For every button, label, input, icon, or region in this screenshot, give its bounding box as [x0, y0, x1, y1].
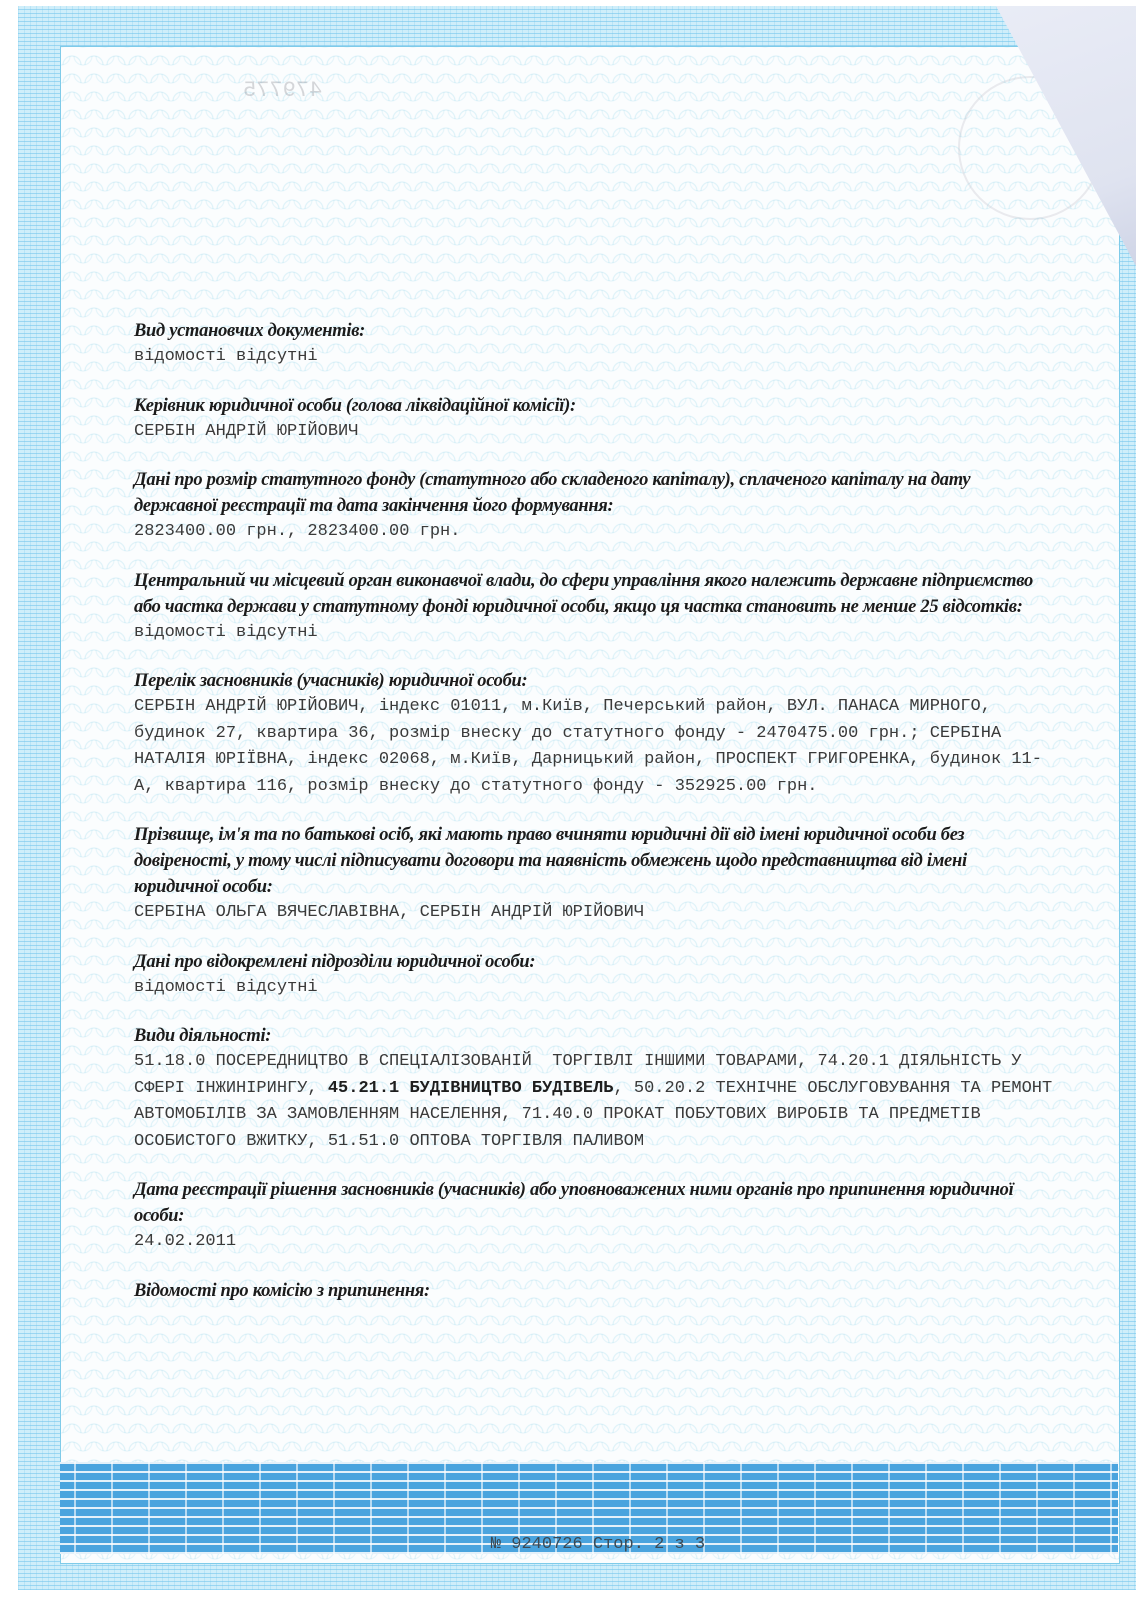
section-label: Дані про відокремлені підрозділи юридичн… — [134, 949, 1054, 975]
section-value: відомості відсутні — [134, 975, 1054, 1002]
section-label: Перелік засновників (учасників) юридично… — [134, 668, 1054, 694]
section-government-authority: Центральний чи місцевий орган виконавчої… — [134, 568, 1054, 647]
section-label: Керівник юридичної особи (голова ліквіда… — [134, 393, 1054, 419]
page-footer: № 9240726 Стор. 2 з 3 — [0, 1535, 1136, 1554]
section-head: Керівник юридичної особи (голова ліквіда… — [134, 393, 1054, 446]
section-value: 24.02.2011 — [134, 1229, 1054, 1256]
section-label: Прізвище, ім'я та по батькові осіб, які … — [134, 822, 1054, 900]
section-label: Центральний чи місцевий орган виконавчої… — [134, 568, 1054, 620]
section-capital: Дані про розмір статутного фонду (статут… — [134, 467, 1054, 546]
section-value: 2823400.00 грн., 2823400.00 грн. — [134, 519, 1054, 546]
section-value: СЕРБІН АНДРІЙ ЮРІЙОВИЧ, індекс 01011, м.… — [134, 694, 1054, 800]
bleed-through-number: 479775 — [243, 78, 322, 103]
section-founding-docs: Вид установчих документів: відомості від… — [134, 318, 1054, 371]
section-value: відомості відсутні — [134, 620, 1054, 647]
section-label: Дані про розмір статутного фонду (статут… — [134, 467, 1054, 519]
section-value: 51.18.0 ПОСЕРЕДНИЦТВО В СПЕЦІАЛІЗОВАНІЙ … — [134, 1049, 1054, 1155]
section-value: СЕРБІН АНДРІЙ ЮРІЙОВИЧ — [134, 419, 1054, 446]
activities-highlight: 45.21.1 БУДІВНИЦТВО БУДІВЕЛЬ — [328, 1079, 614, 1098]
section-label: Відомості про комісію з припинення: — [134, 1278, 1054, 1304]
section-termination-commission: Відомості про комісію з припинення: — [134, 1278, 1054, 1304]
document-content: Вид установчих документів: відомості від… — [134, 318, 1054, 1326]
section-branches: Дані про відокремлені підрозділи юридичн… — [134, 949, 1054, 1002]
section-label: Види діяльності: — [134, 1023, 1054, 1049]
section-value: СЕРБІНА ОЛЬГА ВЯЧЕСЛАВІВНА, СЕРБІН АНДРІ… — [134, 900, 1054, 927]
section-termination-date: Дата реєстрації рішення засновників (уча… — [134, 1177, 1054, 1256]
section-authorized-persons: Прізвище, ім'я та по батькові осіб, які … — [134, 822, 1054, 927]
section-label: Дата реєстрації рішення засновників (уча… — [134, 1177, 1054, 1229]
section-founders: Перелік засновників (учасників) юридично… — [134, 668, 1054, 800]
section-label: Вид установчих документів: — [134, 318, 1054, 344]
section-value: відомості відсутні — [134, 344, 1054, 371]
section-activities: Види діяльності: 51.18.0 ПОСЕРЕДНИЦТВО В… — [134, 1023, 1054, 1155]
